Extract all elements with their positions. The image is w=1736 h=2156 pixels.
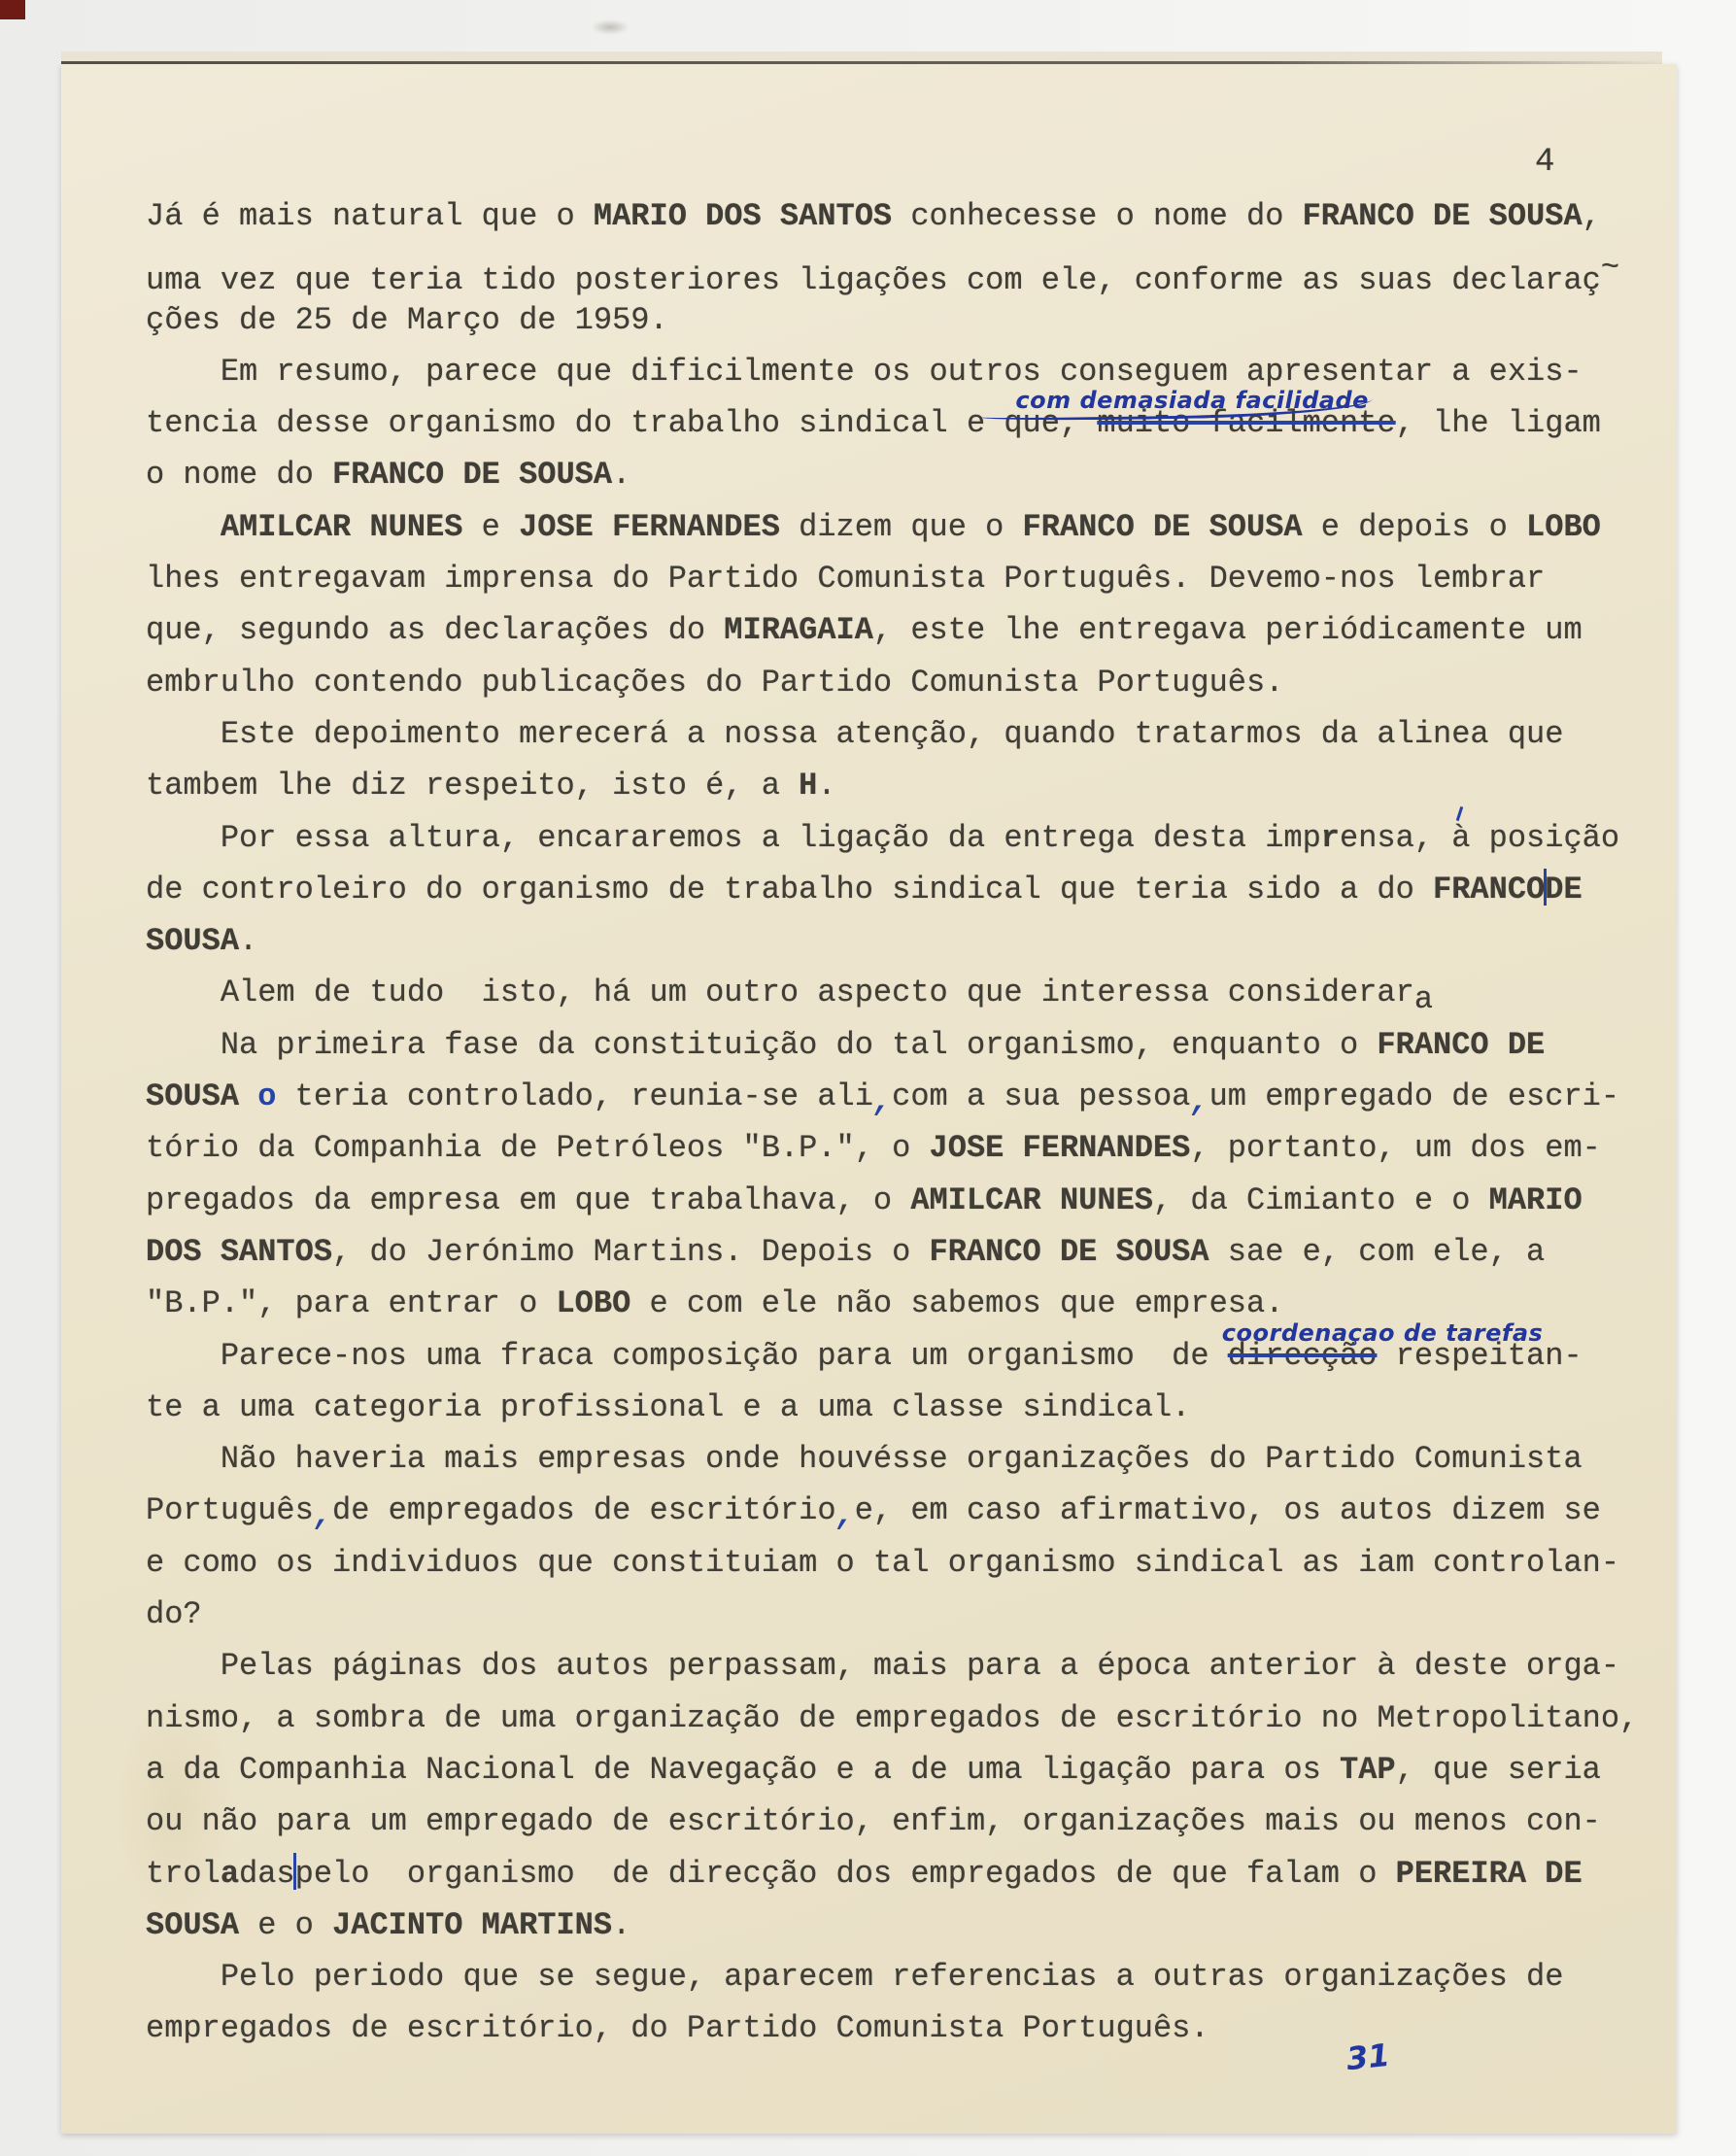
text-line: DOS SANTOS, do Jerónimo Martins. Depois … (146, 1226, 1638, 1278)
text-segment: JOSE FERNANDES (930, 1130, 1191, 1166)
text-segment: , este lhe entregava periódicamente um (873, 612, 1583, 648)
text-segment: SOUSA (146, 923, 239, 959)
text-segment: sae e, com ele, a (1209, 1234, 1546, 1270)
blue-marked-char: o (257, 1078, 276, 1114)
text-segment: nismo, a sombra de uma organização de em… (146, 1700, 1638, 1736)
text-segment: com a sua pessoa (892, 1078, 1190, 1114)
text-segment: Não haveria mais empresas onde houvésse … (146, 1441, 1583, 1477)
text-line: empregados de escritório, do Partido Com… (146, 2002, 1638, 2054)
text-segment: H (799, 768, 817, 804)
text-line: SOUSA e o JACINTO MARTINS. (146, 1899, 1638, 1951)
text-segment: de empregados de escritório (332, 1492, 835, 1528)
text-line: Parece-nos uma fraca composição para um … (146, 1330, 1638, 1382)
text-segment: pelo organismo de direcção dos empregado… (295, 1856, 1396, 1892)
text-line: lhes entregavam imprensa do Partido Comu… (146, 553, 1638, 604)
text-line: Por essa altura, encararemos a ligação d… (146, 812, 1638, 864)
text-line: e como os individuos que constituiam o t… (146, 1537, 1638, 1589)
text-line: a da Companhia Nacional de Navegação e a… (146, 1744, 1638, 1796)
text-segment: MARIO (1489, 1182, 1583, 1218)
text-segment: Por essa altura, encararemos a ligação d… (146, 820, 1321, 856)
text-segment: , (1583, 198, 1601, 234)
text-segment: a da Companhia Nacional de Navegação e a… (146, 1752, 1340, 1788)
text-segment: do? (146, 1596, 202, 1632)
scan-corner-mark (0, 0, 25, 19)
text-segment: tório da Companhia de Petróleos "B.P.", … (146, 1130, 930, 1166)
text-segment: Já é mais natural que o (146, 198, 594, 234)
text-segment: dizem que o (780, 509, 1023, 545)
text-line: Em resumo, parece que dificilmente os ou… (146, 346, 1638, 397)
text-line: tambem lhe diz respeito, isto é, a H. (146, 760, 1638, 811)
text-segment: uma vez que teria tido posteriores ligaç… (146, 262, 1601, 298)
text-segment: ções de 25 de Março de 1959. (146, 302, 668, 338)
text-segment: r (1321, 820, 1340, 856)
scanned-typewritten-page: { "page": { "number": "4", "handwritten_… (0, 0, 1736, 2156)
text-segment: FRANCO DE SOUSA (930, 1234, 1209, 1270)
page-number: 4 (1535, 144, 1554, 181)
text-line: Pelo periodo que se segue, aparecem refe… (146, 1951, 1638, 2002)
text-line: te a uma categoria profissional e a uma … (146, 1382, 1638, 1433)
text-segment: Alem de tudo isto, há um outro aspecto q… (146, 975, 1414, 1010)
text-segment: e (462, 509, 519, 545)
text-segment: ensa, (1340, 820, 1451, 856)
handwritten-comma: , (836, 1497, 855, 1533)
text-segment: Este depoimento merecerá a nossa atenção… (146, 716, 1563, 752)
text-segment: Pelas páginas dos autos perpassam, mais … (146, 1648, 1619, 1684)
text-segment: Português (146, 1492, 314, 1528)
text-segment: e, em caso afirmativo, os autos dizem se (855, 1492, 1601, 1528)
text-segment: AMILCAR NUNES (221, 509, 463, 545)
text-segment: . (612, 1907, 630, 1943)
text-segment: tencia desse organismo do trabalho sindi… (146, 405, 1097, 441)
text-segment: SOUSA (146, 1078, 239, 1114)
handwritten-comma: , (1190, 1083, 1208, 1119)
text-line: do? (146, 1589, 1638, 1640)
text-segment: e como os individuos que constituiam o t… (146, 1545, 1619, 1581)
text-segment: Na primeira fase da constituição do tal … (146, 1027, 1377, 1063)
text-segment: FRANCO DE SOUSA (1023, 509, 1303, 545)
text-segment: ~ (1601, 250, 1619, 286)
text-segment: que, segundo as declarações do (146, 612, 724, 648)
text-segment: FRANCO DE (1377, 1027, 1545, 1063)
text-segment: o nome do (146, 457, 332, 493)
text-line: Português,de empregados de escritório,e,… (146, 1485, 1638, 1536)
text-segment: teria controlado, reunia-se ali (276, 1078, 873, 1114)
text-line: de controleiro do organismo de trabalho … (146, 864, 1638, 915)
text-segment: ou não para um empregado de escritório, … (146, 1803, 1601, 1839)
text-segment: LOBO (1526, 509, 1601, 545)
text-segment: a (1414, 981, 1433, 1017)
text-segment: e com ele não sabemos que empresa. (630, 1285, 1283, 1321)
text-segment: um empregado de escri- (1209, 1078, 1619, 1114)
text-segment: JOSE FERNANDES (519, 509, 780, 545)
text-segment: JACINTO MARTINS (332, 1907, 612, 1943)
scan-smudge (591, 19, 630, 35)
text-segment: . (239, 923, 257, 959)
handwritten-annotation: com demasiada facilidade (1015, 389, 1369, 412)
text-segment: TAP (1340, 1752, 1396, 1788)
text-segment: Em resumo, parece que dificilmente os ou… (146, 354, 1583, 390)
text-segment: Parece-nos uma fraca composição para um … (146, 1338, 1228, 1374)
text-segment: lhes entregavam imprensa do Partido Comu… (146, 561, 1545, 597)
text-line: AMILCAR NUNES e JOSE FERNANDES dizem que… (146, 501, 1638, 553)
text-segment: e depois o (1303, 509, 1526, 545)
text-segment: MARIO DOS SANTOS (594, 198, 892, 234)
text-line: Alem de tudo isto, há um outro aspecto q… (146, 967, 1638, 1018)
text-segment: , que seria (1396, 1752, 1601, 1788)
text-line: Este depoimento merecerá a nossa atenção… (146, 708, 1638, 760)
text-segment: AMILCAR NUNES (910, 1182, 1153, 1218)
text-segment: , do Jerónimo Martins. Depois o (332, 1234, 930, 1270)
text-segment: FRANCO (1433, 872, 1545, 907)
text-line: uma vez que teria tido posteriores ligaç… (146, 242, 1638, 293)
text-segment: embrulho contendo publicações do Partido… (146, 665, 1283, 701)
text-segment: a (221, 1856, 239, 1892)
text-segment: SOUSA (146, 1907, 239, 1943)
text-segment: LOBO (556, 1285, 630, 1321)
text-segment: pregados da empresa em que trabalhava, o (146, 1182, 910, 1218)
text-segment: posição (1470, 820, 1619, 856)
text-line: ções de 25 de Março de 1959. (146, 294, 1638, 346)
text-line: Na primeira fase da constituição do tal … (146, 1019, 1638, 1071)
text-segment: FRANCO DE SOUSA (332, 457, 612, 493)
text-line: nismo, a sombra de uma organização de em… (146, 1693, 1638, 1744)
text-segment: Pelo periodo que se segue, aparecem refe… (146, 1959, 1563, 1995)
struck-text-wrap: direcçãocoordenaçao de tarefas (1228, 1338, 1378, 1374)
text-segment: conhecesse o nome do (892, 198, 1302, 234)
text-segment: de controleiro do organismo de trabalho … (146, 872, 1433, 907)
text-line: tório da Companhia de Petróleos "B.P.", … (146, 1122, 1638, 1174)
handwritten-page-number: 31 (1345, 2036, 1391, 2077)
text-segment: DOS SANTOS (146, 1234, 332, 1270)
text-segment: trol (146, 1856, 221, 1892)
text-segment: MIRAGAIA (724, 612, 873, 648)
text-line: Pelas páginas dos autos perpassam, mais … (146, 1640, 1638, 1692)
text-segment (239, 1078, 257, 1114)
text-segment: , lhe ligam (1396, 405, 1601, 441)
text-segment: PEREIRA DE (1396, 1856, 1583, 1892)
text-segment: tambem lhe diz respeito, isto é, a (146, 768, 799, 804)
text-segment: e o (239, 1907, 332, 1943)
text-line: Já é mais natural que o MARIO DOS SANTOS… (146, 190, 1638, 242)
text-segment: DE (1545, 872, 1582, 907)
text-line: pregados da empresa em que trabalhava, o… (146, 1175, 1638, 1226)
text-segment: "B.P.", para entrar o (146, 1285, 556, 1321)
handwritten-annotation: coordenaçao de tarefas (1222, 1321, 1544, 1345)
text-line: embrulho contendo publicações do Partido… (146, 657, 1638, 708)
struck-text-wrap: muito facilmentecom demasiada facilidade (1097, 405, 1395, 441)
handwritten-comma: , (314, 1497, 332, 1533)
text-line: Não haveria mais empresas onde houvésse … (146, 1433, 1638, 1485)
text-segment: , portanto, um dos em- (1190, 1130, 1600, 1166)
text-line: que, segundo as declarações do MIRAGAIA,… (146, 604, 1638, 656)
text-line: SOUSA. (146, 915, 1638, 967)
blue-accent-char: à (1451, 820, 1470, 856)
text-segment (146, 509, 221, 545)
text-segment: te a uma categoria profissional e a uma … (146, 1389, 1190, 1425)
text-line: troladaspelo organismo de direcção dos e… (146, 1848, 1638, 1899)
text-segment: empregados de escritório, do Partido Com… (146, 2010, 1209, 2046)
text-segment: das (239, 1856, 295, 1892)
text-segment: FRANCO DE SOUSA (1303, 198, 1583, 234)
text-segment: . (817, 768, 835, 804)
typewritten-text: Já é mais natural que o MARIO DOS SANTOS… (146, 190, 1638, 2055)
text-line: o nome do FRANCO DE SOUSA. (146, 449, 1638, 500)
text-line: tencia desse organismo do trabalho sindi… (146, 397, 1638, 449)
text-line: SOUSA o teria controlado, reunia-se ali,… (146, 1071, 1638, 1122)
handwritten-comma: , (873, 1083, 892, 1119)
text-segment: , da Cimianto e o (1153, 1182, 1489, 1218)
text-line: ou não para um empregado de escritório, … (146, 1796, 1638, 1847)
text-segment: . (612, 457, 630, 493)
